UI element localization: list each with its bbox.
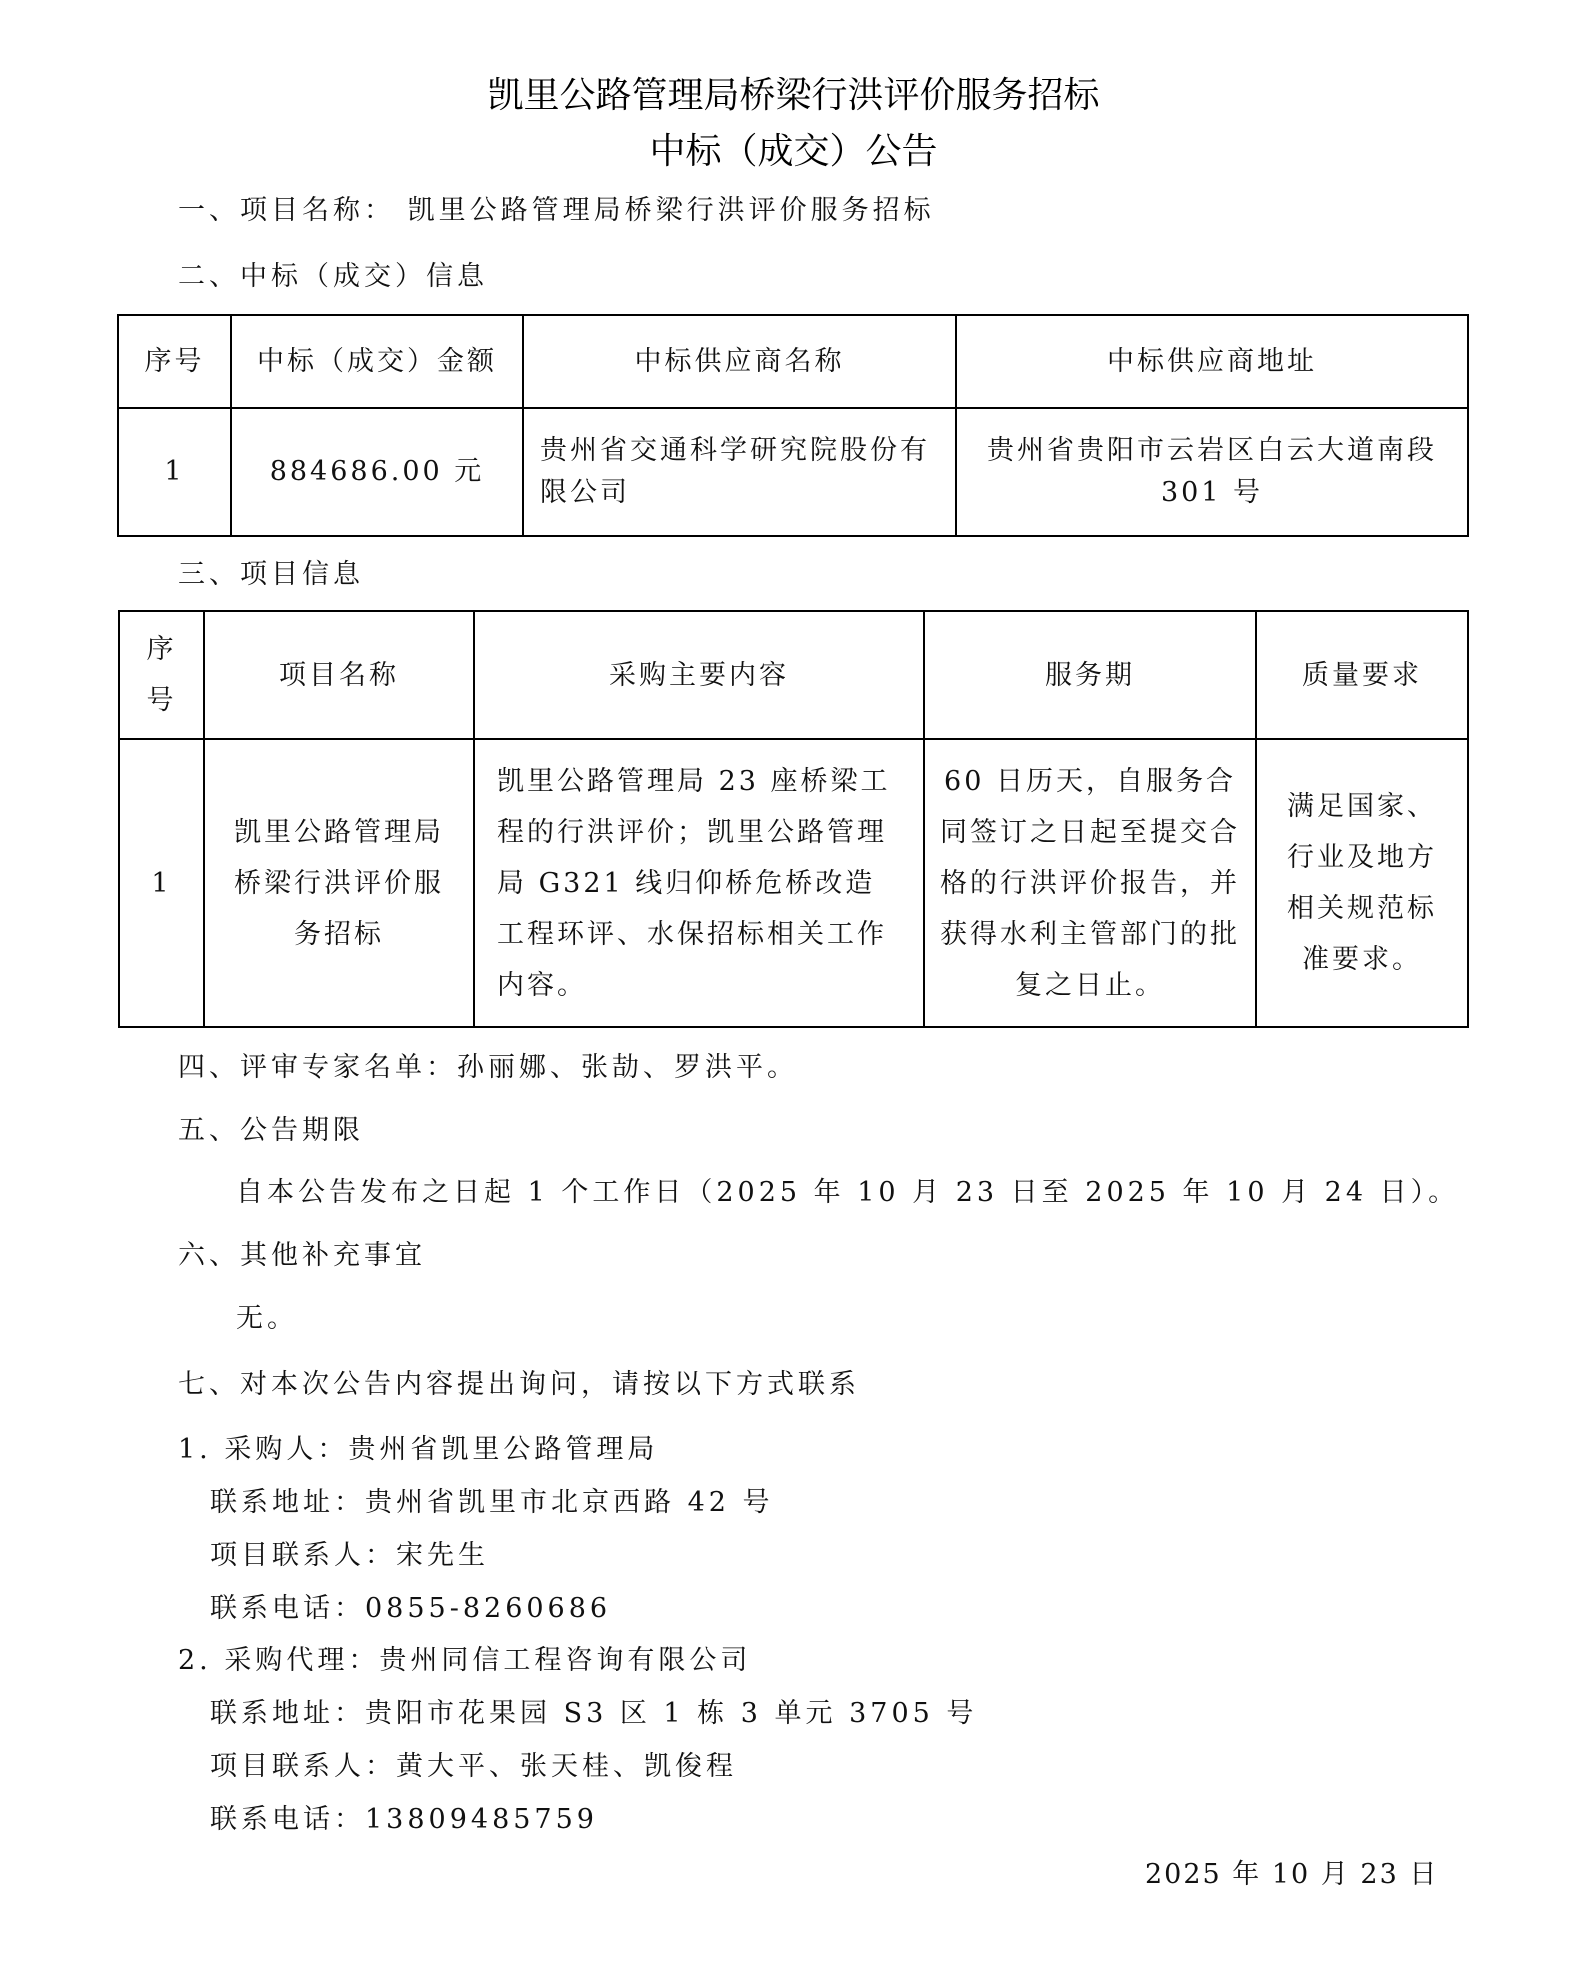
agent-contact: 项目联系人：黄大平、张天桂、凯俊程 xyxy=(210,1752,737,1782)
project-info-table: 序号 项目名称 采购主要内容 服务期 质量要求 1 凯里公路管理局桥梁行洪评价服… xyxy=(118,610,1469,1028)
cell-quality: 满足国家、行业及地方相关规范标准要求。 xyxy=(1256,739,1468,1027)
header-content: 采购主要内容 xyxy=(474,611,924,739)
other-text: 无。 xyxy=(236,1304,298,1334)
document-date: 2025 年 10 月 23 日 xyxy=(1145,1860,1438,1890)
cell-supplier-address: 贵州省贵阳市云岩区白云大道南段 301 号 xyxy=(956,408,1468,536)
agent-phone: 联系电话：13809485759 xyxy=(210,1805,598,1835)
cell-amount: 884686.00 元 xyxy=(231,408,523,536)
cell-content: 凯里公路管理局 23 座桥梁工程的行洪评价；凯里公路管理局 G321 线归仰桥危… xyxy=(474,739,924,1027)
purchaser-address: 联系地址：贵州省凯里市北京西路 42 号 xyxy=(210,1488,774,1518)
purchaser-label: 1. 采购人：贵州省凯里公路管理局 xyxy=(178,1435,658,1465)
notice-period-text: 自本公告发布之日起 1 个工作日（2025 年 10 月 23 日至 2025 … xyxy=(236,1178,1459,1208)
header-supplier-address: 中标供应商地址 xyxy=(956,315,1468,408)
header-no: 序号 xyxy=(118,315,231,408)
project-name-value: 凯里公路管理局桥梁行洪评价服务招标 xyxy=(408,195,935,226)
header-service-period: 服务期 xyxy=(924,611,1256,739)
table-header-row: 序号 中标（成交）金额 中标供应商名称 中标供应商地址 xyxy=(118,315,1468,408)
agent-label: 2. 采购代理：贵州同信工程咨询有限公司 xyxy=(178,1646,751,1676)
header-amount: 中标（成交）金额 xyxy=(231,315,523,408)
table-row: 1 884686.00 元 贵州省交通科学研究院股份有限公司 贵州省贵阳市云岩区… xyxy=(118,408,1468,536)
header-supplier-name: 中标供应商名称 xyxy=(523,315,956,408)
purchaser-contact: 项目联系人：宋先生 xyxy=(210,1541,489,1571)
cell-service-period: 60 日历天，自服务合同签订之日起至提交合格的行洪评价报告，并获得水利主管部门的… xyxy=(924,739,1256,1027)
purchaser-phone: 联系电话：0855-8260686 xyxy=(210,1594,611,1624)
cell-no: 1 xyxy=(118,408,231,536)
project-name-label: 一、项目名称： xyxy=(178,195,395,226)
document-title-line2: 中标（成交）公告 xyxy=(0,132,1587,172)
cell-no: 1 xyxy=(119,739,204,1027)
header-quality: 质量要求 xyxy=(1256,611,1468,739)
award-info-table: 序号 中标（成交）金额 中标供应商名称 中标供应商地址 1 884686.00 … xyxy=(117,314,1469,537)
section-other-heading: 六、其他补充事宜 xyxy=(178,1241,426,1271)
section-award-info-heading: 二、中标（成交）信息 xyxy=(178,262,488,292)
cell-supplier-name: 贵州省交通科学研究院股份有限公司 xyxy=(523,408,956,536)
header-no: 序号 xyxy=(119,611,204,739)
table-header-row: 序号 项目名称 采购主要内容 服务期 质量要求 xyxy=(119,611,1468,739)
section-project-info-heading: 三、项目信息 xyxy=(178,560,364,590)
document-title-line1: 凯里公路管理局桥梁行洪评价服务招标 xyxy=(0,76,1587,116)
cell-project-name: 凯里公路管理局桥梁行洪评价服务招标 xyxy=(204,739,474,1027)
agent-address: 联系地址：贵阳市花果园 S3 区 1 栋 3 单元 3705 号 xyxy=(210,1699,977,1729)
section-experts: 四、评审专家名单：孙丽娜、张劼、罗洪平。 xyxy=(178,1053,798,1083)
section-project-name: 一、项目名称： 凯里公路管理局桥梁行洪评价服务招标 xyxy=(178,196,935,226)
table-row: 1 凯里公路管理局桥梁行洪评价服务招标 凯里公路管理局 23 座桥梁工程的行洪评… xyxy=(119,739,1468,1027)
header-project-name: 项目名称 xyxy=(204,611,474,739)
section-contact-heading: 七、对本次公告内容提出询问，请按以下方式联系 xyxy=(178,1370,860,1400)
section-notice-period-heading: 五、公告期限 xyxy=(178,1116,364,1146)
